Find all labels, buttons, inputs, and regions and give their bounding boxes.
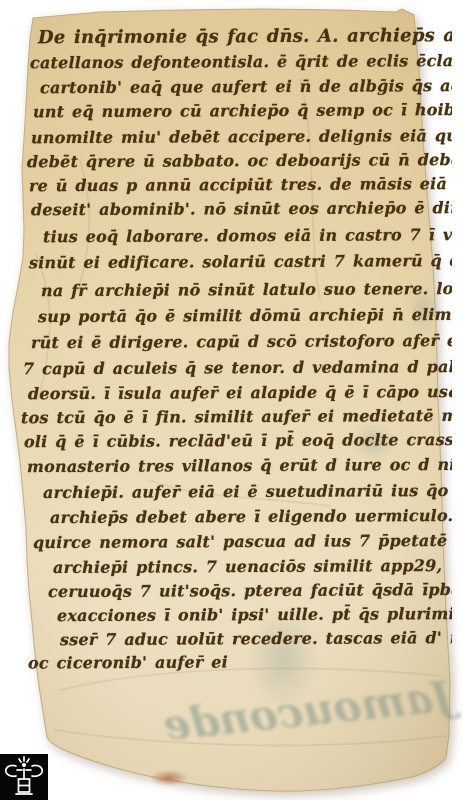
- manuscript-line: sinūt ei edificare. solariū castri 7 kam…: [29, 251, 452, 272]
- line-text: deseit' abominib'. nō sinūt eos archiep̄…: [31, 198, 452, 220]
- archive-logo-icon: [0, 754, 48, 800]
- manuscript-line: tos tcū q̄o ē ī fin. similit aufer̄ ei m…: [21, 406, 452, 427]
- line-text: monasterio tres villanos q̄ erūt d iure …: [27, 455, 452, 476]
- line-text: oli q̄ ē ī cūbis. reclād'eū ī pt̄ eoq̄ d…: [24, 430, 452, 451]
- manuscript-line: sup portā q̄o ē similit dōmū archiep̄i n…: [38, 305, 452, 326]
- line-text: sinūt ei edificare. solariū castri 7 kam…: [29, 251, 452, 272]
- manuscript-line: De inq̄rimonie q̄s fac dn̄s. A. archiep̄…: [38, 25, 452, 48]
- manuscript-line: na fr̄ archiep̄i nō sinūt latulo suo ten…: [41, 279, 452, 300]
- line-text: re ū duas p annū accipiūt tres. de māsis…: [29, 174, 452, 196]
- manuscript-line: 7 capū d aculeis q̄ se tenor. d vedamina…: [23, 357, 452, 379]
- manuscript-line: debēt q̄rere ū sabbato. oc deboarijs cū …: [27, 150, 452, 172]
- line-text: cartonib' eaq̄ que aufert ei n̄ de albḡi…: [40, 76, 452, 97]
- manuscript-line: archiep̄i ptincs. 7 uenaciōs similit app…: [53, 556, 442, 577]
- manuscript-line: oli q̄ ē ī cūbis. reclād'eū ī pt̄ eoq̄ d…: [24, 430, 452, 451]
- manuscript-line: monasterio tres villanos q̄ erūt d iure …: [27, 455, 452, 476]
- manuscript-line: rūt ei ē dirigere. capū d scō cristoforo…: [31, 331, 452, 352]
- manuscript-line: deorsū. ī īsula aufer̄ ei alapide q̄ ē ī…: [28, 382, 452, 404]
- manuscript-line: oc ciceronib' aufer̄ ei: [28, 652, 228, 672]
- manuscript-line: ceruuoq̄s 7 uit'soq̄s. pterea faciūt q̄s…: [48, 580, 452, 601]
- line-text: debēt q̄rere ū sabbato. oc deboarijs cū …: [27, 150, 452, 172]
- manuscript-line: archiep̄i. aufer̄ eiā ei ē suetudinariū …: [43, 481, 449, 502]
- manuscript-text-block: De inq̄rimonie q̄s fac dn̄s. A. archiep̄…: [0, 0, 452, 800]
- line-text: rūt ei ē dirigere. capū d scō cristoforo…: [31, 331, 452, 352]
- line-text: oc ciceronib' aufer̄ ei: [28, 652, 228, 672]
- line-text: tius eoq̄ laborare. domos eiā in castro …: [43, 225, 452, 246]
- line-text: archiep̄i ptincs. 7 uenaciōs similit app…: [53, 556, 442, 577]
- manuscript-line: cartonib' eaq̄ que aufert ei n̄ de albḡi…: [40, 76, 452, 97]
- manuscript-line: deseit' abominib'. nō sinūt eos archiep̄…: [31, 198, 452, 220]
- line-text: sup portā q̄o ē similit dōmū archiep̄i n…: [38, 305, 452, 326]
- manuscript-line: quirce nemora salt' pascua ad ius 7 p̄pe…: [33, 531, 447, 552]
- line-text: archiep̄i. aufer̄ eiā ei ē suetudinariū …: [43, 481, 449, 502]
- line-text: na fr̄ archiep̄i nō sinūt latulo suo ten…: [41, 279, 452, 300]
- line-text: unt eq̄ numero cū archiep̄o q̄ semp oc ī…: [33, 100, 452, 121]
- manuscript-line: re ū duas p annū accipiūt tres. de māsis…: [29, 174, 452, 196]
- manuscript-line: unomilte miu' debēt accipere. delignis e…: [31, 126, 452, 147]
- line-text: sser̄ 7 aduc uolūt recedere. tascas eiā …: [60, 628, 452, 649]
- line-text: 7 capū d aculeis q̄ se tenor. d vedamina…: [23, 357, 452, 379]
- line-text: archiep̄s debet abere ī eligendo uermicu…: [50, 506, 452, 527]
- manuscript-photo: Jamouconde De inq̄rimonie q̄s fac dn̄s. …: [0, 0, 463, 800]
- archive-logo: [0, 754, 48, 800]
- manuscript-line: tius eoq̄ laborare. domos eiā in castro …: [43, 225, 452, 246]
- line-text: deorsū. ī īsula aufer̄ ei alapide q̄ ē ī…: [28, 382, 452, 404]
- line-text: exacciones ī onib' ipsi' uille. pt̄ q̄s …: [57, 604, 452, 625]
- line-text: tos tcū q̄o ē ī fin. similit aufer̄ ei m…: [21, 406, 452, 427]
- manuscript-line: exacciones ī onib' ipsi' uille. pt̄ q̄s …: [57, 604, 452, 625]
- manuscript-line: sser̄ 7 aduc uolūt recedere. tascas eiā …: [60, 628, 452, 649]
- line-text: quirce nemora salt' pascua ad ius 7 p̄pe…: [33, 531, 447, 552]
- manuscript-line: catellanos defonteontisla. ē q̄rit de ec…: [30, 51, 452, 73]
- line-text: ceruuoq̄s 7 uit'soq̄s. pterea faciūt q̄s…: [48, 580, 452, 601]
- line-text: catellanos defonteontisla. ē q̄rit de ec…: [30, 51, 452, 73]
- manuscript-line: unt eq̄ numero cū archiep̄o q̄ semp oc ī…: [33, 100, 452, 122]
- manuscript-line: archiep̄s debet abere ī eligendo uermicu…: [50, 506, 452, 527]
- line-text: unomilte miu' debēt accipere. delignis e…: [31, 126, 452, 147]
- line-text: De inq̄rimonie q̄s fac dn̄s. A. archiep̄…: [38, 25, 452, 48]
